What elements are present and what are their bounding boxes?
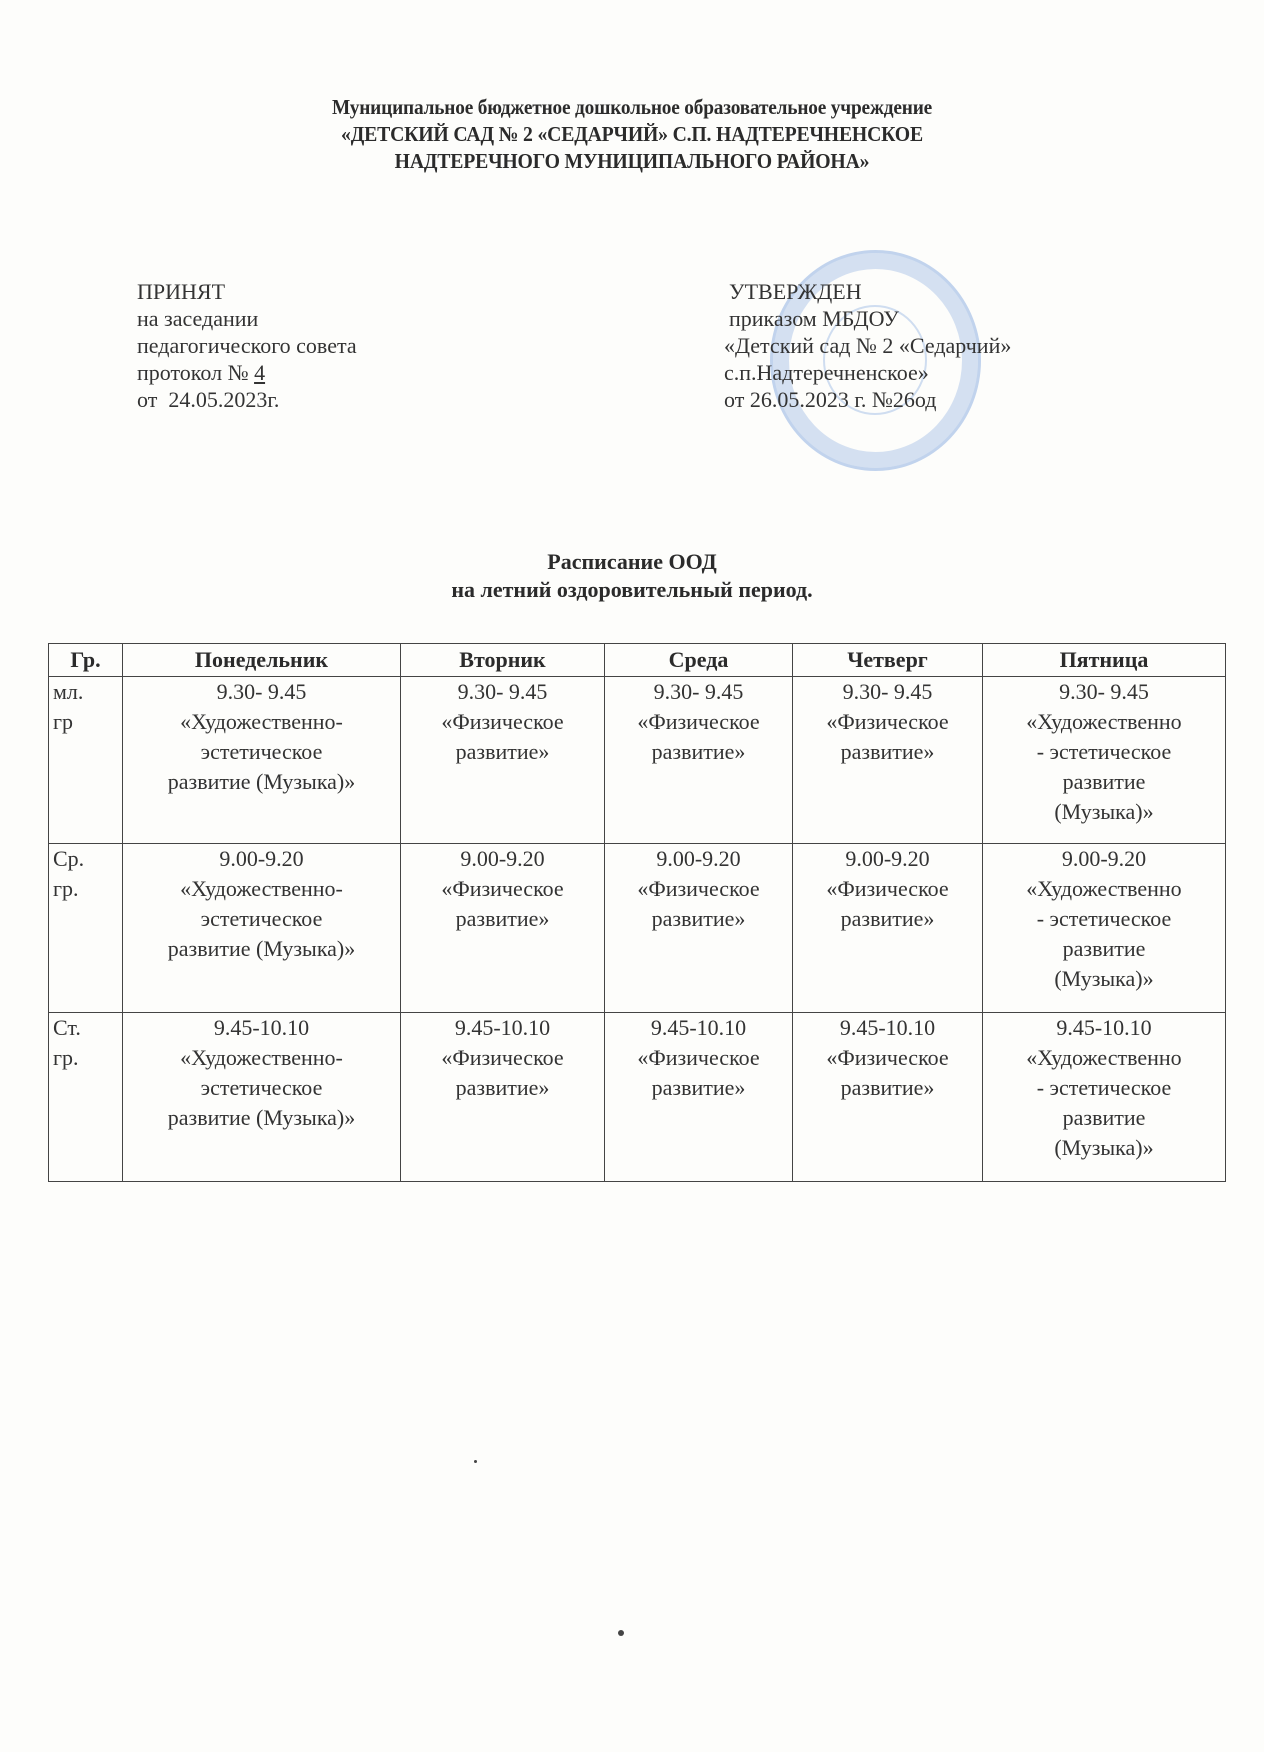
table-row: Ст.гр.9.45-10.10«Художественно-эстетичес… bbox=[49, 1013, 1226, 1182]
session-activity-line: «Физическое bbox=[609, 707, 788, 737]
schedule-cell-friday: 9.30- 9.45«Художественно- эстетическоера… bbox=[983, 677, 1226, 844]
session-activity-line: «Художественно- bbox=[127, 707, 396, 737]
session-activity-line: эстетическое bbox=[127, 737, 396, 767]
schedule-cell-wednesday: 9.00-9.20«Физическоеразвитие» bbox=[605, 844, 793, 1013]
session-time: 9.30- 9.45 bbox=[987, 677, 1221, 707]
accepted-date: от 24.05.2023г. bbox=[137, 386, 357, 413]
group-cell: мл.гр bbox=[49, 677, 123, 844]
approved-line-4: от 26.05.2023 г. №26од bbox=[724, 386, 1011, 413]
schedule-cell-thursday: 9.45-10.10«Физическоеразвитие» bbox=[793, 1013, 983, 1182]
session-time: 9.30- 9.45 bbox=[405, 677, 600, 707]
accepted-protocol: протокол № 4 bbox=[137, 359, 357, 386]
schedule-cell-monday: 9.00-9.20«Художественно-эстетическоеразв… bbox=[123, 844, 401, 1013]
session-time: 9.00-9.20 bbox=[609, 844, 788, 874]
schedule-cell-monday: 9.45-10.10«Художественно-эстетическоераз… bbox=[123, 1013, 401, 1182]
session-time: 9.30- 9.45 bbox=[609, 677, 788, 707]
session-activity-line: эстетическое bbox=[127, 1073, 396, 1103]
table-row: мл.гр9.30- 9.45«Художественно-эстетическ… bbox=[49, 677, 1226, 844]
session-activity-line: (Музыка)» bbox=[987, 1133, 1221, 1163]
session-time: 9.45-10.10 bbox=[127, 1013, 396, 1043]
session-activity-line: развитие» bbox=[405, 737, 600, 767]
session-time: 9.00-9.20 bbox=[405, 844, 600, 874]
approved-line-2: «Детский сад № 2 «Седарчий» bbox=[724, 332, 1011, 359]
accepted-title: ПРИНЯТ bbox=[137, 278, 357, 305]
session-time: 9.30- 9.45 bbox=[797, 677, 978, 707]
schedule-cell-thursday: 9.30- 9.45«Физическоеразвитие» bbox=[793, 677, 983, 844]
session-activity-line: развитие» bbox=[405, 1073, 600, 1103]
schedule-cell-monday: 9.30- 9.45«Художественно-эстетическоераз… bbox=[123, 677, 401, 844]
protocol-number: 4 bbox=[254, 360, 265, 385]
title-line-2: на летний оздоровительный период. bbox=[0, 576, 1264, 604]
session-activity-line: - эстетическое bbox=[987, 1073, 1221, 1103]
session-time: 9.45-10.10 bbox=[797, 1013, 978, 1043]
session-activity-line: «Физическое bbox=[609, 1043, 788, 1073]
group-label-line: мл. bbox=[53, 677, 118, 707]
group-label-line: гр. bbox=[53, 874, 118, 904]
org-name-line-1: Муниципальное бюджетное дошкольное образ… bbox=[51, 94, 1214, 121]
session-time: 9.00-9.20 bbox=[797, 844, 978, 874]
document-title: Расписание ООД на летний оздоровительный… bbox=[0, 548, 1264, 604]
session-activity-line: развитие (Музыка)» bbox=[127, 934, 396, 964]
schedule-table: Гр. Понедельник Вторник Среда Четверг Пя… bbox=[48, 643, 1226, 1182]
session-activity-line: «Художественно- bbox=[127, 1043, 396, 1073]
session-activity-line: развитие» bbox=[609, 904, 788, 934]
session-activity-line: эстетическое bbox=[127, 904, 396, 934]
approved-line-1: приказом МБДОУ bbox=[726, 305, 1011, 332]
header-tuesday: Вторник bbox=[401, 644, 605, 677]
schedule-cell-tuesday: 9.45-10.10«Физическоеразвитие» bbox=[401, 1013, 605, 1182]
session-activity-line: «Физическое bbox=[405, 1043, 600, 1073]
accepted-line-1: на заседании bbox=[137, 305, 357, 332]
group-label-line: гр. bbox=[53, 1043, 118, 1073]
schedule-cell-thursday: 9.00-9.20«Физическоеразвитие» bbox=[793, 844, 983, 1013]
schedule-cell-tuesday: 9.00-9.20«Физическоеразвитие» bbox=[401, 844, 605, 1013]
session-activity-line: «Физическое bbox=[797, 1043, 978, 1073]
table-row: Ср.гр.9.00-9.20«Художественно-эстетическ… bbox=[49, 844, 1226, 1013]
group-label-line: гр bbox=[53, 707, 118, 737]
session-activity-line: «Физическое bbox=[405, 874, 600, 904]
group-label-line: Ст. bbox=[53, 1013, 118, 1043]
session-activity-line: - эстетическое bbox=[987, 737, 1221, 767]
table-header-row: Гр. Понедельник Вторник Среда Четверг Пя… bbox=[49, 644, 1226, 677]
approved-title: УТВЕРЖДЕН bbox=[726, 278, 1011, 305]
schedule-cell-friday: 9.45-10.10«Художественно- эстетическоера… bbox=[983, 1013, 1226, 1182]
group-cell: Ст.гр. bbox=[49, 1013, 123, 1182]
session-activity-line: «Физическое bbox=[797, 874, 978, 904]
session-time: 9.00-9.20 bbox=[127, 844, 396, 874]
session-activity-line: «Физическое bbox=[797, 707, 978, 737]
accepted-line-2: педагогического совета bbox=[137, 332, 357, 359]
session-activity-line: - эстетическое bbox=[987, 904, 1221, 934]
session-activity-line: развитие» bbox=[797, 904, 978, 934]
header-thursday: Четверг bbox=[793, 644, 983, 677]
header-friday: Пятница bbox=[983, 644, 1226, 677]
title-line-1: Расписание ООД bbox=[0, 548, 1264, 576]
organization-header: Муниципальное бюджетное дошкольное образ… bbox=[0, 94, 1264, 175]
schedule-cell-wednesday: 9.45-10.10«Физическоеразвитие» bbox=[605, 1013, 793, 1182]
group-label-line: Ср. bbox=[53, 844, 118, 874]
org-name-line-3: НАДТЕРЕЧНОГО МУНИЦИПАЛЬНОГО РАЙОНА» bbox=[38, 148, 1226, 175]
session-activity-line: «Художественно bbox=[987, 874, 1221, 904]
header-monday: Понедельник bbox=[123, 644, 401, 677]
session-activity-line: «Художественно bbox=[987, 1043, 1221, 1073]
session-activity-line: (Музыка)» bbox=[987, 964, 1221, 994]
session-activity-line: развитие» bbox=[405, 904, 600, 934]
session-time: 9.45-10.10 bbox=[405, 1013, 600, 1043]
scan-speck bbox=[474, 1460, 477, 1463]
session-time: 9.00-9.20 bbox=[987, 844, 1221, 874]
group-cell: Ср.гр. bbox=[49, 844, 123, 1013]
accepted-block: ПРИНЯТ на заседании педагогического сове… bbox=[137, 278, 357, 413]
session-activity-line: «Художественно- bbox=[127, 874, 396, 904]
session-activity-line: развитие bbox=[987, 1103, 1221, 1133]
session-activity-line: развитие (Музыка)» bbox=[127, 1103, 396, 1133]
approved-block: УТВЕРЖДЕН приказом МБДОУ «Детский сад № … bbox=[726, 278, 1011, 413]
session-activity-line: развитие» bbox=[609, 737, 788, 767]
session-activity-line: развитие (Музыка)» bbox=[127, 767, 396, 797]
session-activity-line: развитие» bbox=[797, 737, 978, 767]
session-time: 9.45-10.10 bbox=[609, 1013, 788, 1043]
approved-line-3: с.п.Надтеречненское» bbox=[724, 359, 1011, 386]
header-group: Гр. bbox=[49, 644, 123, 677]
session-time: 9.30- 9.45 bbox=[127, 677, 396, 707]
protocol-prefix: протокол № bbox=[137, 360, 254, 385]
session-activity-line: «Физическое bbox=[609, 874, 788, 904]
session-activity-line: (Музыка)» bbox=[987, 797, 1221, 827]
session-activity-line: развитие bbox=[987, 934, 1221, 964]
org-name-line-2: «ДЕТСКИЙ САД № 2 «СЕДАРЧИЙ» С.П. НАДТЕРЕ… bbox=[38, 121, 1226, 148]
header-wednesday: Среда bbox=[605, 644, 793, 677]
schedule-cell-wednesday: 9.30- 9.45«Физическоеразвитие» bbox=[605, 677, 793, 844]
session-activity-line: развитие» bbox=[609, 1073, 788, 1103]
session-activity-line: развитие» bbox=[797, 1073, 978, 1103]
session-time: 9.45-10.10 bbox=[987, 1013, 1221, 1043]
schedule-cell-friday: 9.00-9.20«Художественно- эстетическоераз… bbox=[983, 844, 1226, 1013]
session-activity-line: «Художественно bbox=[987, 707, 1221, 737]
session-activity-line: развитие bbox=[987, 767, 1221, 797]
session-activity-line: «Физическое bbox=[405, 707, 600, 737]
scan-speck bbox=[618, 1630, 624, 1636]
schedule-cell-tuesday: 9.30- 9.45«Физическоеразвитие» bbox=[401, 677, 605, 844]
